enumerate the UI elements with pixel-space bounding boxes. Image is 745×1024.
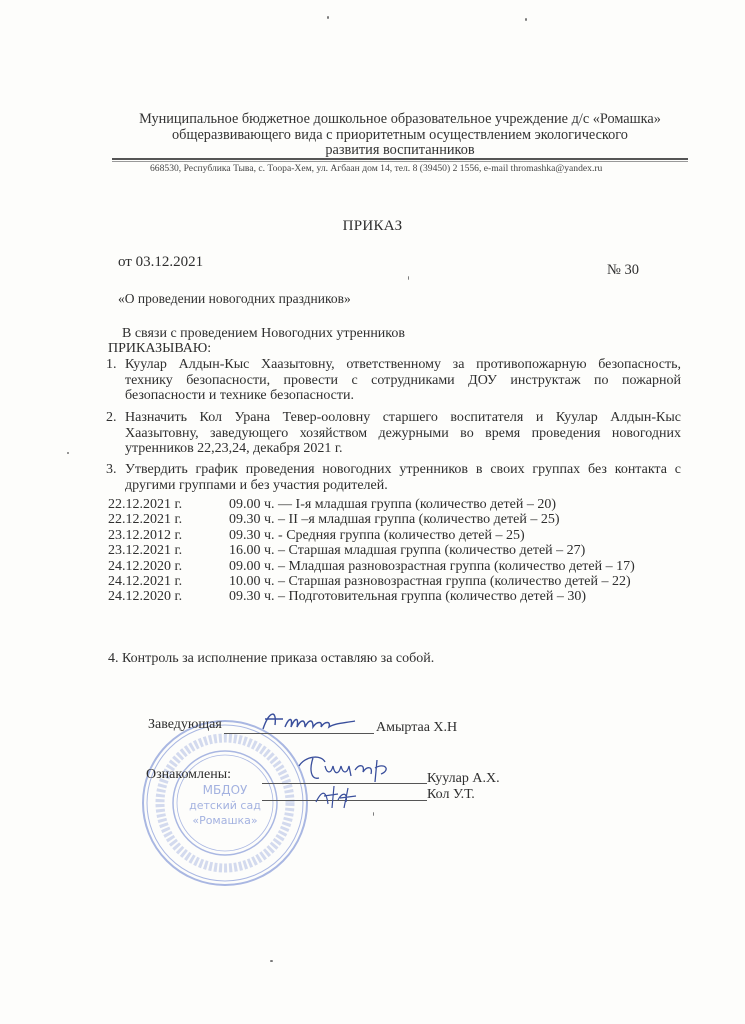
schedule-date: 22.12.2021 г. [108, 497, 229, 512]
schedule-row: 24.12.2020 г.09.30 ч. – Подготовительная… [108, 589, 635, 604]
stamp-line-3: «Ромашка» [192, 814, 257, 827]
schedule-event: 09.30 ч. – Подготовительная группа (коли… [229, 589, 586, 604]
official-stamp: МБДОУ детский сад «Ромашка» [140, 718, 310, 888]
stamp-line-2: детский сад [189, 799, 261, 812]
item-number: 1. [106, 357, 117, 373]
schedule-event: 09.00 ч. — I-я младшая группа (количеств… [229, 497, 556, 512]
scan-speck [270, 960, 273, 962]
schedule-date: 23.12.2012 г. [108, 528, 229, 543]
schedule-row: 24.12.2021 г.10.00 ч. – Старшая разновоз… [108, 574, 635, 589]
schedule-date: 23.12.2021 г. [108, 543, 229, 558]
schedule-row: 24.12.2020 г.09.00 ч. – Младшая разновоз… [108, 559, 635, 574]
org-name-line-3: развития воспитанников [100, 141, 700, 159]
intro-text: В связи с проведением Новогодних утренни… [122, 326, 405, 342]
schedule-event: 09.30 ч. – II –я младшая группа (количес… [229, 512, 560, 527]
acquainted-name-2: Кол У.Т. [427, 787, 475, 803]
acquainted-label: Ознакомлены: [146, 767, 231, 783]
item-number: 2. [106, 410, 117, 426]
acquainted-name-1: Куулар А.Х. [427, 771, 500, 787]
signature-kuular [295, 752, 405, 786]
schedule-event: 10.00 ч. – Старшая разновозрастная групп… [229, 574, 631, 589]
order-subject: «О проведении новогодних праздников» [118, 291, 351, 307]
schedule-row: 22.12.2021 г.09.00 ч. — I-я младшая груп… [108, 497, 635, 512]
item-text: Назначить Кол Урана Тевер-ооловну старше… [125, 410, 681, 457]
head-label: Заведующая [148, 717, 222, 733]
scan-speck [67, 452, 69, 454]
stamp-line-1: МБДОУ [203, 783, 248, 797]
schedule-list: 22.12.2021 г.09.00 ч. — I-я младшая груп… [108, 497, 635, 605]
scan-speck [525, 18, 527, 21]
schedule-date: 22.12.2021 г. [108, 512, 229, 527]
schedule-date: 24.12.2021 г. [108, 574, 229, 589]
schedule-event: 09.00 ч. – Младшая разновозрастная групп… [229, 559, 635, 574]
schedule-row: 23.12.2021 г.16.00 ч. – Старшая младшая … [108, 543, 635, 558]
order-item-2: 2. Назначить Кол Урана Тевер-ооловну ста… [106, 410, 681, 457]
scan-speck [327, 16, 329, 19]
item-number: 3. [106, 462, 117, 478]
head-name: Амыртаа Х.Н [376, 720, 457, 736]
order-date: от 03.12.2021 [118, 254, 203, 271]
item-text: Утвердить график проведения новогодних у… [125, 462, 681, 493]
order-item-1: 1. Куулар Алдын-Кыс Хаазытовну, ответств… [106, 357, 681, 404]
head-signature [255, 705, 365, 735]
schedule-row: 22.12.2021 г.09.30 ч. – II –я младшая гр… [108, 512, 635, 527]
schedule-date: 24.12.2020 г. [108, 559, 229, 574]
item-text: Куулар Алдын-Кыс Хаазытовну, ответственн… [125, 357, 681, 404]
header-divider-thin [112, 161, 688, 162]
signature-kol [312, 782, 362, 810]
header-divider [112, 158, 688, 160]
schedule-row: 23.12.2012 г.09.30 ч. - Средняя группа (… [108, 528, 635, 543]
control-clause: 4. Контроль за исполнение приказа оставл… [108, 651, 434, 667]
order-word: ПРИКАЗЫВАЮ: [108, 341, 211, 357]
schedule-date: 24.12.2020 г. [108, 589, 229, 604]
document-title: ПРИКАЗ [0, 218, 745, 235]
schedule-event: 16.00 ч. – Старшая младшая группа (колич… [229, 543, 585, 558]
scan-speck [373, 812, 374, 816]
scan-speck [408, 276, 409, 280]
order-item-3: 3. Утвердить график проведения новогодни… [106, 462, 681, 493]
schedule-event: 09.30 ч. - Средняя группа (количество де… [229, 528, 525, 543]
org-address: 668530, Республика Тыва, с. Тоора-Хем, у… [150, 163, 602, 174]
order-number: № 30 [607, 262, 639, 279]
